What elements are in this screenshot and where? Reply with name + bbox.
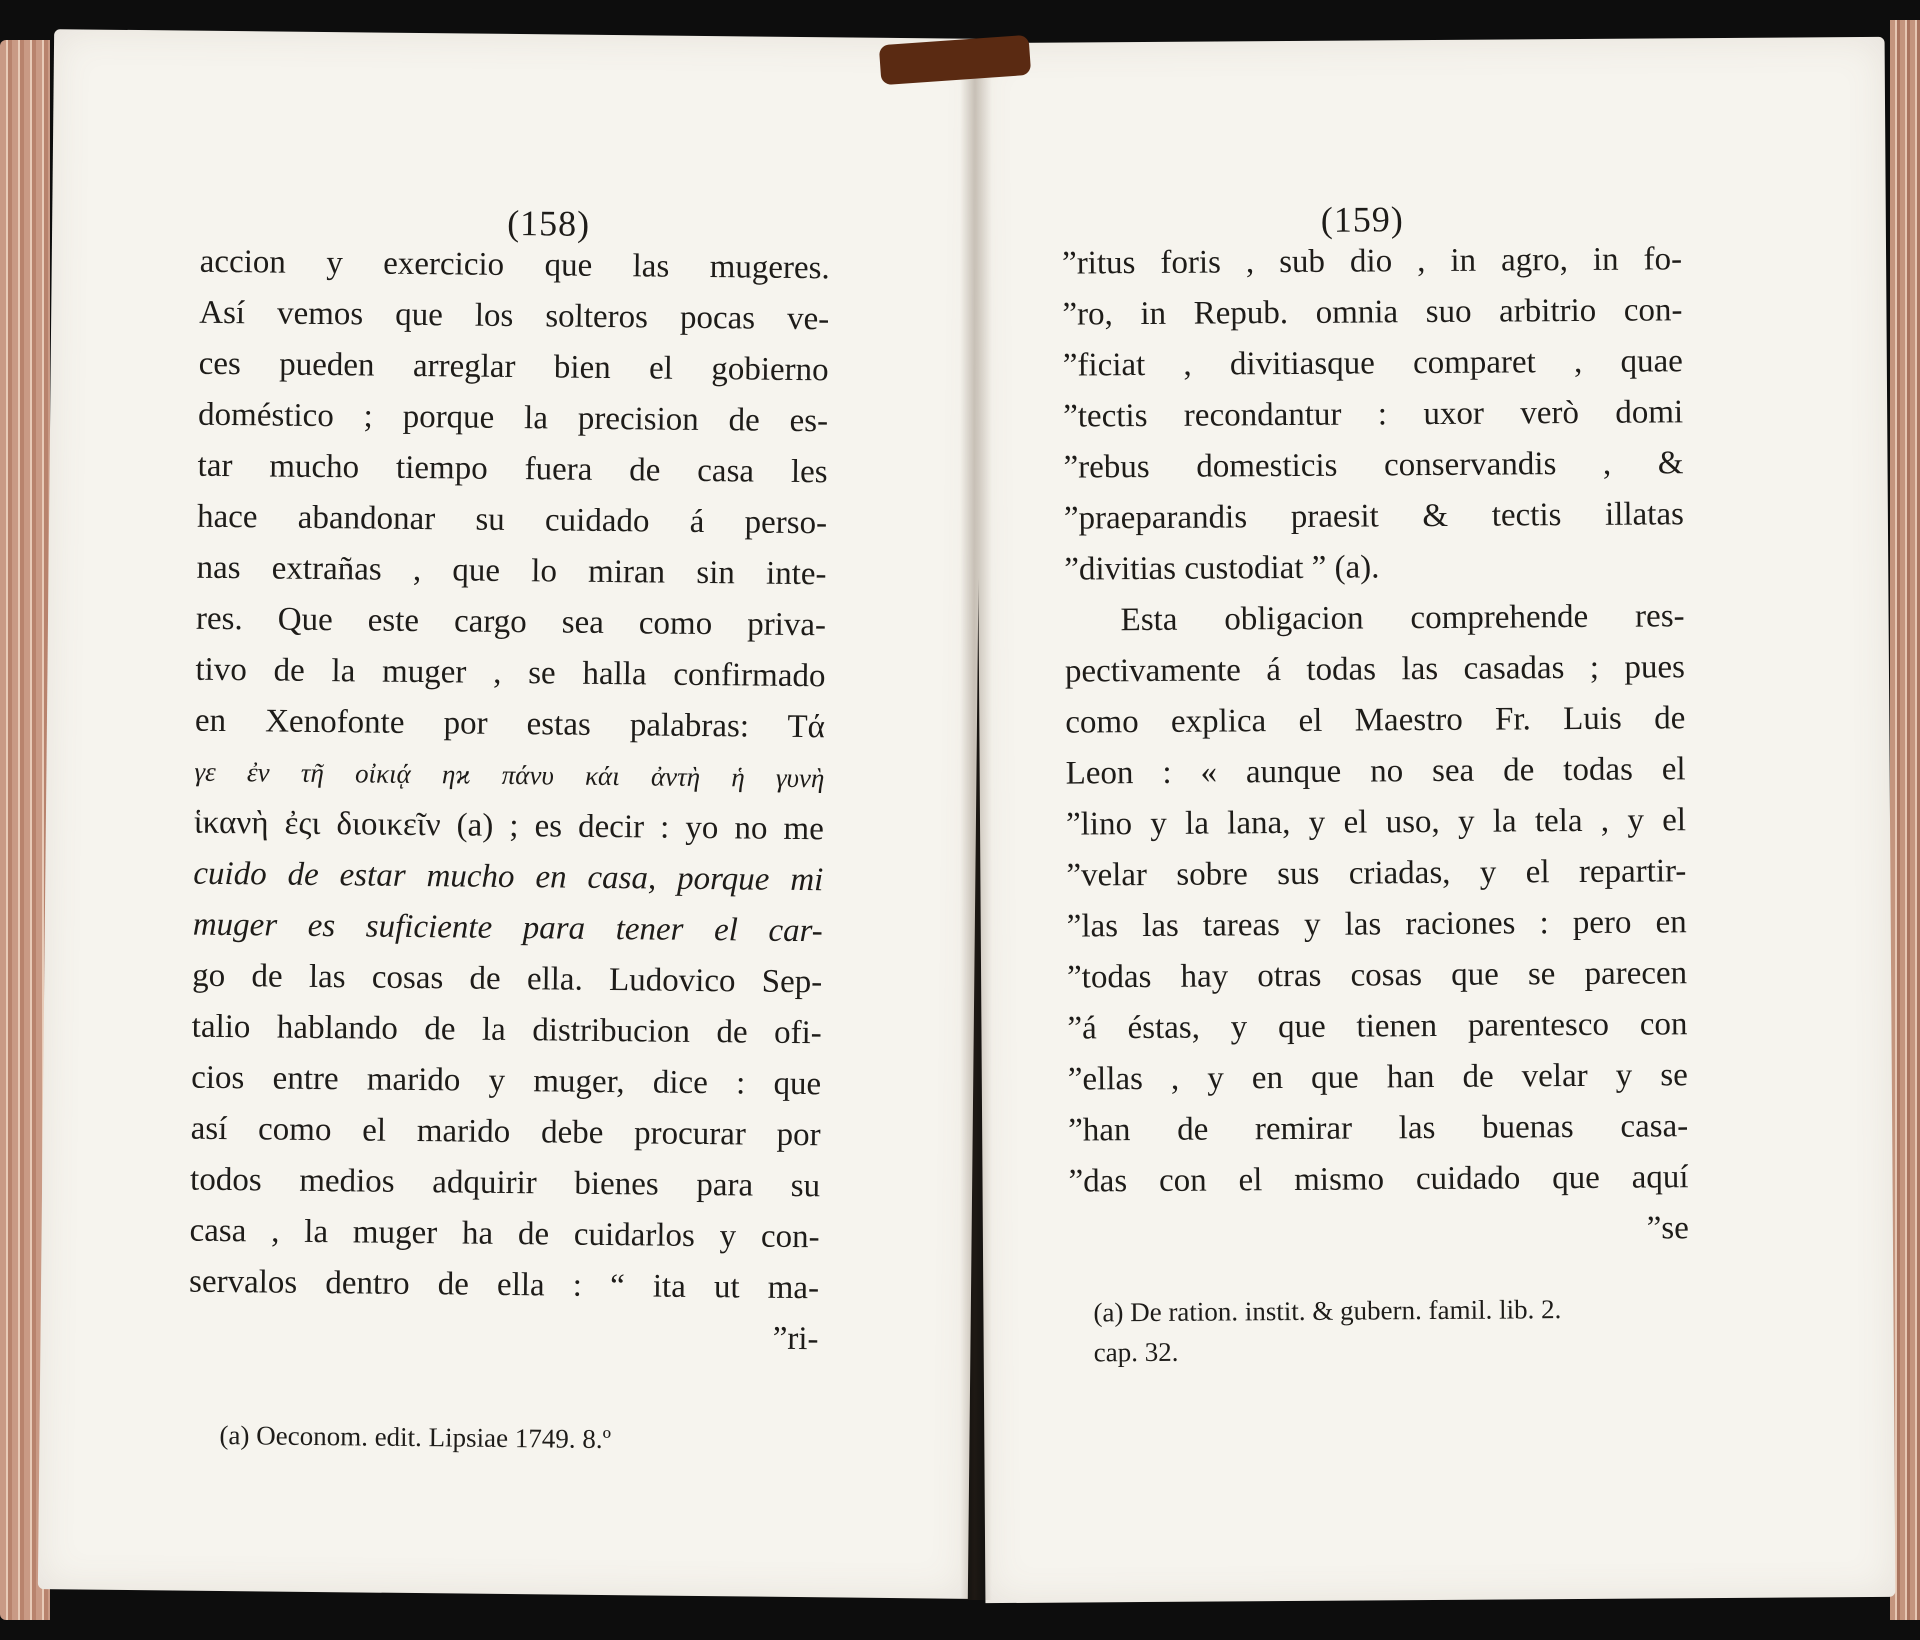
text-line: Esta obligacion comprehende res- xyxy=(1064,591,1684,646)
text-line: tar mucho tiempo fuera de casa les xyxy=(197,441,827,499)
text-line: todos medios adquirir bienes para su xyxy=(190,1155,820,1213)
text-line: ”velar sobre sus criadas, y el repartir- xyxy=(1066,846,1686,901)
text-line: así como el marido debe procurar por xyxy=(190,1104,820,1162)
text-line: servalos dentro de ella : “ ita ut ma- xyxy=(189,1257,819,1315)
catchword: ”ri- xyxy=(188,1308,818,1366)
text-line: ”á éstas, y que tienen parentesco con xyxy=(1067,999,1687,1054)
text-line: ”han de remirar las buenas casa- xyxy=(1068,1101,1688,1156)
text-line: ”ritus foris , sub dio , in agro, in fo- xyxy=(1062,234,1682,289)
text-line: ”ficiat , divitiasque comparet , quae xyxy=(1063,336,1683,391)
right-page: (159) ”ritus foris , sub dio , in agro, … xyxy=(975,37,1896,1603)
page-number: (158) xyxy=(507,202,590,245)
text-line: ”las las tareas y las raciones : pero en xyxy=(1067,897,1687,952)
text-line: tivo de la muger , se halla confirmado xyxy=(195,645,825,703)
body-text: accion y exercicio que las mugeres. Así … xyxy=(188,237,830,1366)
body-text: ”ritus foris , sub dio , in agro, in fo-… xyxy=(1062,234,1689,1258)
book-gutter xyxy=(960,40,992,1600)
left-page: (158) accion y exercicio que las mugeres… xyxy=(38,29,984,1599)
text-line: ”das con el mismo cuidado que aquí xyxy=(1068,1152,1688,1207)
text-line: talio hablando de la distribucion de ofi… xyxy=(191,1002,821,1060)
text-line: en Xenofonte por estas palabras: Tά xyxy=(195,696,825,754)
text-line: accion y exercicio que las mugeres. xyxy=(199,237,829,295)
text-line: ”rebus domesticis conservandis , & xyxy=(1063,438,1683,493)
italic-text-line: muger es suficiente para tener el car- xyxy=(193,900,823,958)
text-line: hace abandonar su cuidado á perso- xyxy=(197,492,827,550)
text-line: pectivamente á todas las casadas ; pues xyxy=(1065,642,1685,697)
footnote-line: cap. 32. xyxy=(1094,1329,1562,1372)
text-line: res. Que este cargo sea como priva- xyxy=(196,594,826,652)
text-line: ”todas hay otras cosas que se parecen xyxy=(1067,948,1687,1003)
text-line: como explica el Maestro Fr. Luis de xyxy=(1065,693,1685,748)
italic-text-line: cuido de estar mucho en casa, porque mi xyxy=(193,849,823,907)
text-line: casa , la muger ha de cuidarlos y con- xyxy=(189,1206,819,1264)
text-line: nas extrañas , que lo miran sin inte- xyxy=(196,543,826,601)
text-line: ”ellas , y en que han de velar y se xyxy=(1068,1050,1688,1105)
catchword: ”se xyxy=(1069,1203,1689,1258)
page-number: (159) xyxy=(1321,198,1404,241)
text-line: Así vemos que los solteros pocas ve- xyxy=(199,288,829,346)
text-line: ”lino y la lana, y el uso, y la tela , y… xyxy=(1066,795,1686,850)
footnote: (a) De ration. instit. & gubern. famil. … xyxy=(1093,1289,1561,1372)
footnote: (a) Oeconom. edit. Lipsiae 1749. 8.º xyxy=(219,1415,611,1459)
footnote-line: (a) De ration. instit. & gubern. famil. … xyxy=(1093,1289,1561,1332)
text-line: ”divitias custodiat ” (a). xyxy=(1064,540,1684,595)
text-line: doméstico ; porque la precision de es- xyxy=(198,390,828,448)
text-line: Leon : « aunque no sea de todas el xyxy=(1065,744,1685,799)
text-line: ”praeparandis praesit & tectis illatas xyxy=(1064,489,1684,544)
text-line: ”ro, in Repub. omnia suo arbitrio con- xyxy=(1062,285,1682,340)
book-fore-edge-right xyxy=(1890,20,1920,1620)
text-line: cios entre marido y muger, dice : que xyxy=(191,1053,821,1111)
text-line: ”tectis recondantur : uxor verò domi xyxy=(1063,387,1683,442)
greek-text-line: γε ἐν τῆ οἰκιᾴ ηϰ πάνυ κάι ἀντὴ ἡ γυνὴ xyxy=(194,747,824,805)
text-line: go de las cosas de ella. Ludovico Sep- xyxy=(192,951,822,1009)
text-line: ces pueden arreglar bien el gobierno xyxy=(198,339,828,397)
text-line: ἱκανὴ ἐςι διοικεῖν (a) ; es decir : yo n… xyxy=(194,798,824,856)
